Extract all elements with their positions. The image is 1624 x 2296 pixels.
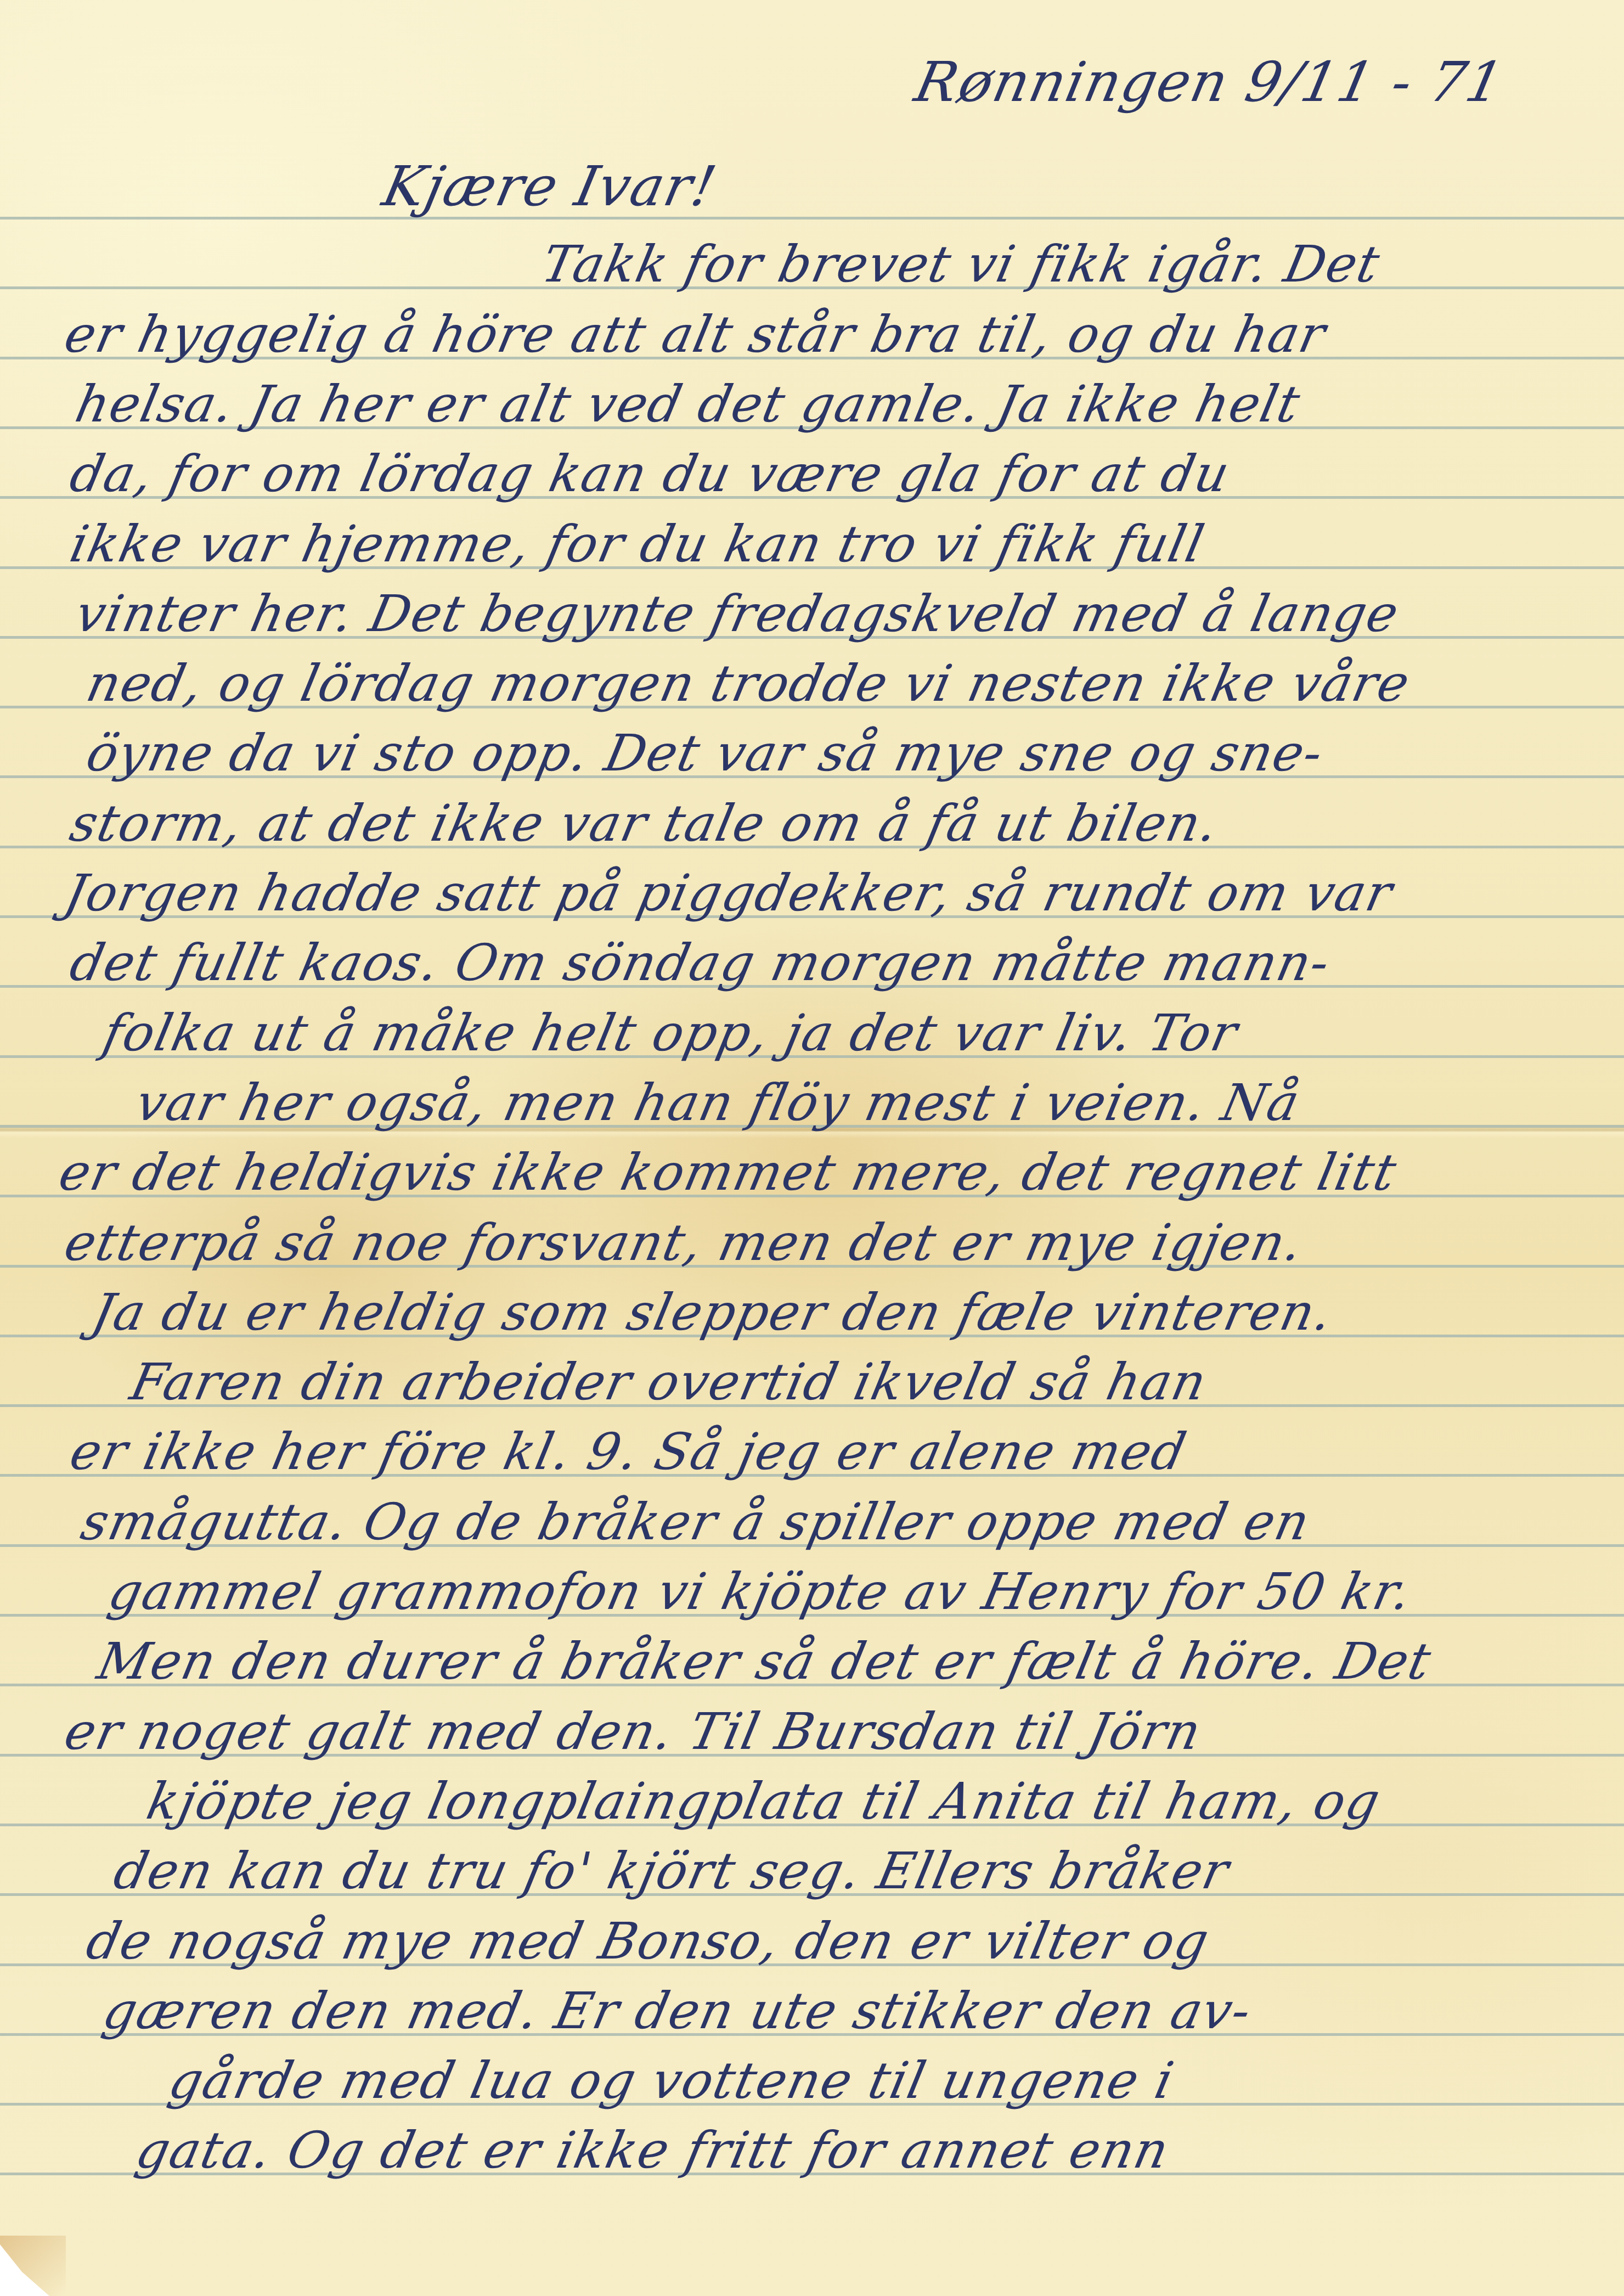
body-line: den kan du tru fo' kjört seg. Ellers brå…	[110, 1846, 1624, 1897]
body-line: vinter her. Det begynte fredagskveld med…	[71, 589, 1608, 639]
body-line: gårde med lua og vottene til ungene i	[165, 2056, 1624, 2106]
body-line: ned, og lördag morgen trodde vi nesten i…	[82, 659, 1619, 709]
letter-page: Rønningen 9/11 - 71 Kjære Ivar! Takk for…	[0, 0, 1624, 2296]
body-line: storm, at det ikke var tale om å få ut b…	[66, 798, 1602, 849]
body-line: helsa. Ja her er alt ved det gamle. Ja i…	[71, 379, 1608, 430]
body-line: var her også, men han flöy mest i veien.…	[132, 1078, 1624, 1128]
letter-salutation: Kjære Ivar!	[378, 159, 721, 214]
body-line: smågutta. Og de bråker å spiller oppe me…	[77, 1497, 1613, 1547]
body-line: er det heldigvis ikke kommet mere, det r…	[55, 1147, 1591, 1198]
body-line: er ikke her före kl. 9. Så jeg er alene …	[66, 1427, 1602, 1477]
letter-place-date: Rønningen 9/11 - 71	[910, 55, 1508, 110]
body-line: Takk for brevet vi fikk igår. Det	[538, 239, 1624, 290]
body-line: ikke var hjemme, for du kan tro vi fikk …	[66, 519, 1602, 570]
body-line: etterpå så noe forsvant, men det er mye …	[60, 1218, 1597, 1268]
body-line: Men den durer å bråker så det er fælt å …	[93, 1636, 1624, 1687]
body-line: da, for om lördag kan du være gla for at…	[66, 449, 1602, 499]
torn-corner	[0, 2236, 66, 2296]
body-line: det fullt kaos. Om söndag morgen måtte m…	[66, 938, 1602, 988]
body-line: Faren din arbeider overtid ikveld så han	[126, 1357, 1624, 1408]
body-line: kjöpte jeg longplaingplata til Anita til…	[143, 1776, 1624, 1827]
body-line: er hyggelig å höre att alt står bra til,…	[60, 309, 1597, 360]
body-line: gata. Og det er ikke fritt for annet enn	[132, 2125, 1624, 2176]
body-line: öyne da vi sto opp. Det var så mye sne o…	[82, 728, 1619, 779]
body-line: de nogså mye med Bonso, den er vilter og	[82, 1916, 1619, 1967]
ruled-line	[0, 217, 1624, 220]
body-line: gammel grammofon vi kjöpte av Henry for …	[104, 1567, 1624, 1617]
body-line: Ja du er heldig som slepper den fæle vin…	[88, 1287, 1624, 1338]
body-line: folka ut å måke helt opp, ja det var liv…	[99, 1008, 1624, 1059]
body-line: gæren den med. Er den ute stikker den av…	[99, 1986, 1624, 2036]
body-line: er noget galt med den. Til Bursdan til J…	[60, 1707, 1597, 1757]
body-line: Jorgen hadde satt på piggdekker, så rund…	[60, 868, 1597, 919]
